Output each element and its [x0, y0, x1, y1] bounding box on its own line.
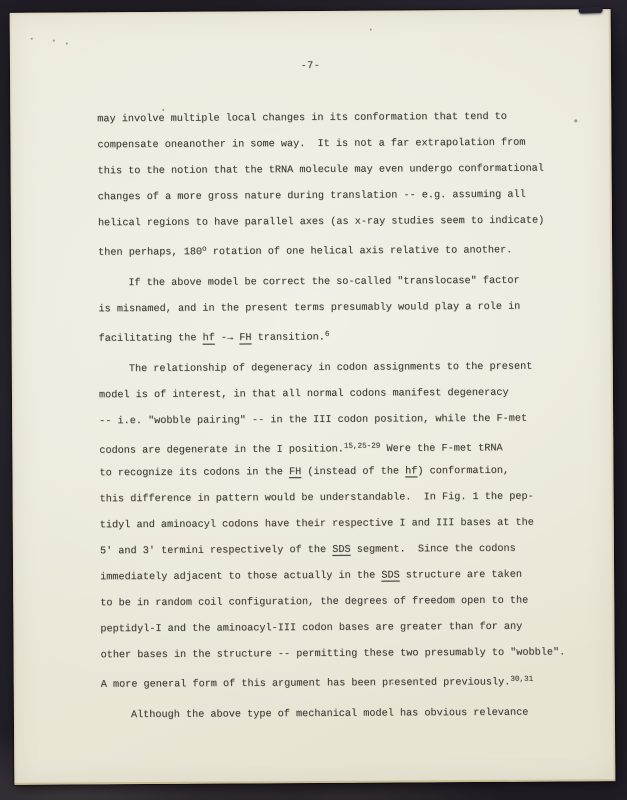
text-line: compensate oneanother in some way. It is… [97, 130, 585, 159]
text-line: helical regions to have parallel axes (a… [98, 208, 586, 237]
paper-edge-smudge [579, 7, 603, 14]
text-segment: then perhaps, 180 [98, 247, 202, 259]
text-segment: this difference in pattern would be unde… [100, 492, 534, 506]
text-segment: is misnamed, and in the present terms pr… [98, 302, 520, 316]
underlined-term: hf [405, 466, 417, 477]
text-segment: structure are taken [400, 570, 522, 582]
text-segment: Were the F-met tRNA [380, 443, 502, 455]
paragraph: Although the above type of mechanical mo… [101, 700, 589, 729]
text-segment: rotation of one helical axis relative to… [207, 245, 513, 258]
underlined-term: SDS [381, 570, 399, 581]
paper-speck [53, 40, 55, 42]
paper-speck [31, 38, 33, 40]
text-line: to be in random coil configuration, the … [100, 588, 588, 617]
text-segment: peptidyl-I and the aminoacyl-III codon b… [100, 622, 522, 636]
paper-speck [370, 29, 372, 31]
text-line: codons are degenerate in the I position.… [99, 432, 587, 461]
text-segment: (instead of the [301, 466, 405, 478]
text-segment: to be in random coil configuration, the … [100, 596, 528, 610]
text-line: The relationship of degeneracy in codon … [99, 354, 587, 383]
text-line: Although the above type of mechanical mo… [101, 700, 589, 729]
paragraph: may involve multiple local changes in it… [97, 104, 586, 263]
paper-speck [162, 109, 164, 111]
text-segment: tidyl and aminoacyl codons have their re… [100, 518, 534, 532]
text-line: may involve multiple local changes in it… [97, 104, 585, 133]
text-segment: segment. Since the codons [351, 544, 516, 556]
text-segment: to recognize its codons in the [99, 467, 289, 479]
text-line: model is of interest, in that all normal… [99, 380, 587, 409]
paragraph: The relationship of degeneracy in codon … [99, 354, 589, 695]
page-body: may involve multiple local changes in it… [97, 104, 589, 737]
text-segment: ) conformation, [417, 466, 509, 478]
text-line: other bases in the structure -- permitti… [101, 640, 589, 669]
paper-speck [392, 683, 394, 685]
text-line: If the above model be correct the so-cal… [98, 268, 586, 297]
text-line: then perhaps, 180o rotation of one helic… [98, 234, 586, 263]
text-line: peptidyl-I and the aminoacyl-III codon b… [100, 614, 588, 643]
text-segment: -- i.e. "wobble pairing" -- in the III c… [99, 414, 527, 428]
text-line: this to the notion that the tRNA molecul… [98, 156, 586, 185]
text-line: facilitating the hf -→ FH transition.6 [99, 320, 587, 349]
text-segment: other bases in the structure -- permitti… [101, 647, 566, 661]
text-segment: model is of interest, in that all normal… [99, 388, 509, 402]
text-segment: The relationship of degeneracy in codon … [129, 362, 533, 375]
text-segment: immediately adjacent to those actually i… [100, 571, 381, 584]
text-segment: helical regions to have parallel axes (a… [98, 216, 544, 230]
page-number: -7- [10, 59, 611, 74]
text-line: is misnamed, and in the present terms pr… [98, 294, 586, 323]
superscript-reference: 15,25-29 [344, 443, 381, 451]
paper-speck [574, 119, 577, 122]
text-segment: If the above model be correct the so-cal… [128, 276, 519, 289]
text-segment: compensate oneanother in some way. It is… [97, 138, 525, 152]
paragraph: If the above model be correct the so-cal… [98, 268, 586, 349]
text-line: A more general form of this argument has… [101, 666, 589, 695]
text-segment: A more general form of this argument has… [101, 677, 511, 691]
superscript-reference: 30,31 [510, 676, 533, 684]
text-segment: facilitating the [99, 333, 203, 345]
superscript-reference: 6 [325, 331, 330, 339]
text-line: changes of a more gross nature during tr… [98, 182, 586, 211]
underlined-term: SDS [332, 545, 350, 556]
paper-speck [66, 42, 68, 44]
text-line: 5' and 3' termini respectively of the SD… [100, 536, 588, 565]
text-line: this difference in pattern would be unde… [100, 484, 588, 513]
underlined-term: FH [289, 467, 301, 478]
text-segment: codons are degenerate in the I position. [99, 444, 344, 456]
underlined-term: hf [203, 333, 215, 344]
text-line: -- i.e. "wobble pairing" -- in the III c… [99, 406, 587, 435]
text-line: to recognize its codons in the FH (inste… [99, 458, 587, 487]
text-segment: transition. [251, 332, 324, 343]
text-segment: -→ [215, 333, 240, 344]
text-segment: changes of a more gross nature during tr… [98, 190, 526, 204]
text-segment: 5' and 3' termini respectively of the [100, 545, 332, 557]
text-line: tidyl and aminoacyl codons have their re… [100, 510, 588, 539]
text-segment: Although the above type of mechanical mo… [131, 708, 528, 721]
underlined-term: FH [239, 333, 251, 344]
text-line: immediately adjacent to those actually i… [100, 562, 588, 591]
text-segment: this to the notion that the tRNA molecul… [98, 164, 544, 178]
text-segment: may involve multiple local changes in it… [97, 112, 507, 126]
document-page: -7- may involve multiple local changes i… [10, 9, 616, 785]
